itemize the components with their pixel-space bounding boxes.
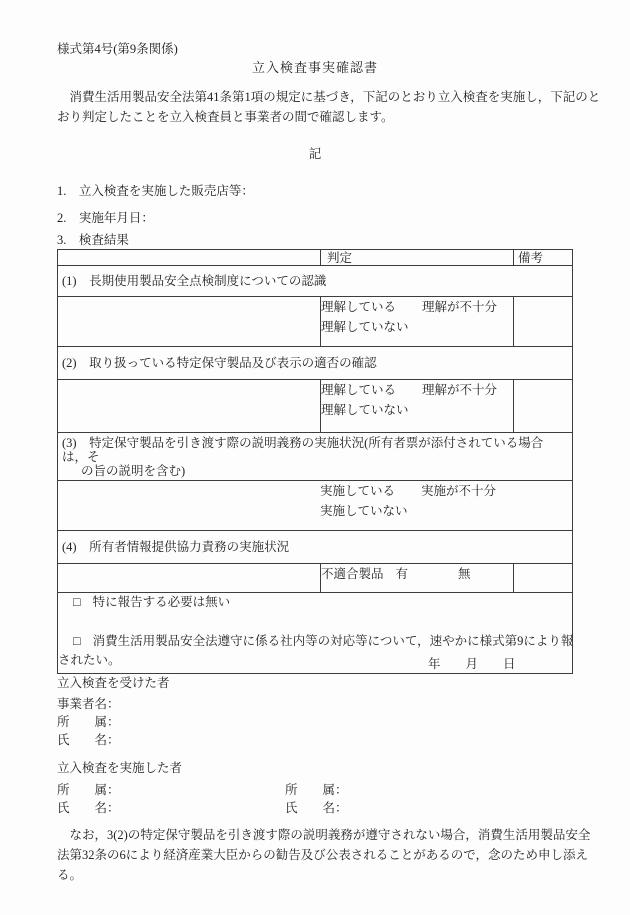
intro-paragraph: 消費生活用製品安全法第41条第1項の規定に基づき，下記のとおり立入検査を実施し，… bbox=[57, 87, 600, 127]
option-understood[interactable]: 理解している bbox=[321, 383, 396, 397]
judgment-column-header: 判定 bbox=[321, 250, 514, 266]
row4-remarks-cell bbox=[514, 564, 573, 593]
row1-remarks-cell bbox=[514, 297, 573, 347]
inspector-right-affiliation-label: 所 属： bbox=[285, 780, 348, 798]
page-title: 立入検査事実確認書 bbox=[0, 57, 630, 76]
checkbox-report-required-icon[interactable]: □ bbox=[73, 632, 81, 651]
option-implemented[interactable]: 実施している bbox=[320, 484, 395, 498]
row2-remarks-cell bbox=[514, 380, 573, 433]
note-line-2: 法第32条の6により経済産業大臣からの勧告及び公表されることがあるので，念のため… bbox=[57, 845, 590, 865]
option-nonconforming-no[interactable]: 無 bbox=[458, 567, 471, 581]
row3-title-line-1: (3) 特定保守製品を引き渡す際の説明義務の実施状況(所有者票が添付されている場… bbox=[62, 436, 568, 464]
header-empty-cell bbox=[58, 250, 321, 266]
inspector-left-affiliation-label: 所 属： bbox=[57, 780, 120, 798]
row2-title: (2) 取り扱っている特定保守製品及び表示の適否の確認 bbox=[58, 347, 573, 380]
table-row: (3) 特定保守製品を引き渡す際の説明義務の実施状況(所有者票が添付されている場… bbox=[58, 433, 573, 481]
row4-judgment-cell: 不適合製品有無 bbox=[321, 564, 514, 593]
remarks-column-header: 備考 bbox=[514, 250, 573, 266]
inspected-affiliation-label: 所 属： bbox=[57, 712, 120, 730]
table-row: 不適合製品有無 bbox=[58, 564, 573, 593]
checkbox-report-required-label-line-1: 消費生活用製品安全法遵守に係る社内等の対応等について，速やかに様式第9により報告 bbox=[93, 634, 573, 648]
business-name-label: 事業者名： bbox=[57, 694, 120, 712]
table-row: (4) 所有者情報提供協力責務の実施状況 bbox=[58, 531, 573, 564]
inspected-name-label: 氏 名： bbox=[57, 730, 120, 748]
row2-item-cell bbox=[58, 380, 321, 433]
note-line-1: なお，3(2)の特定保守製品を引き渡す際の説明義務が遵守されない場合，消費生活用… bbox=[57, 825, 590, 845]
intro-line-1: 消費生活用製品安全法第41条第1項の規定に基づき，下記のとおり立入検査を実施し，… bbox=[57, 87, 600, 107]
date-line: 年 月 日 bbox=[428, 654, 516, 672]
inspector-right-name-label: 氏 名： bbox=[285, 798, 348, 816]
row4-title: (4) 所有者情報提供協力責務の実施状況 bbox=[58, 531, 573, 564]
row3-judgment-cell: 実施している実施が不十分 実施していない bbox=[58, 481, 573, 531]
inspector-left-name-label: 氏 名： bbox=[57, 798, 120, 816]
intro-line-2: おり判定したことを立入検査員と事業者の間で確認します。 bbox=[57, 107, 600, 127]
section-marker: 記 bbox=[0, 144, 630, 162]
option-not-understood[interactable]: 理解していない bbox=[321, 403, 409, 417]
option-understood[interactable]: 理解している bbox=[321, 300, 396, 314]
row1-judgment-cell: 理解している理解が不十分 理解していない bbox=[321, 297, 514, 347]
table-row: 理解している理解が不十分 理解していない bbox=[58, 380, 573, 433]
row1-title: (1) 長期使用製品安全点検制度についての認識 bbox=[58, 266, 573, 297]
row2-judgment-cell: 理解している理解が不十分 理解していない bbox=[321, 380, 514, 433]
row1-item-cell bbox=[58, 297, 321, 347]
inspector-heading: 立入検査を実施した者 bbox=[57, 758, 182, 776]
row3-title: (3) 特定保守製品を引き渡す際の説明義務の実施状況(所有者票が添付されている場… bbox=[58, 433, 573, 481]
document-page: 様式第4号(第9条関係) 立入検査事実確認書 消費生活用製品安全法第41条第1項… bbox=[0, 0, 630, 915]
table-row: 理解している理解が不十分 理解していない bbox=[58, 297, 573, 347]
results-table: 判定 備考 (1) 長期使用製品安全点検制度についての認識 理解している理解が不… bbox=[57, 249, 573, 674]
option-not-understood[interactable]: 理解していない bbox=[321, 320, 409, 334]
table-row: (2) 取り扱っている特定保守製品及び表示の適否の確認 bbox=[58, 347, 573, 380]
table-header-row: 判定 備考 bbox=[58, 250, 573, 266]
note-paragraph: なお，3(2)の特定保守製品を引き渡す際の説明義務が遵守されない場合，消費生活用… bbox=[57, 825, 590, 885]
nonconforming-products-label: 不適合製品 bbox=[321, 567, 384, 581]
option-not-implemented[interactable]: 実施していない bbox=[320, 504, 408, 518]
item-inspected-store: 1. 立入検査を実施した販売店等： bbox=[57, 181, 254, 199]
option-implementation-insufficient[interactable]: 実施が不十分 bbox=[421, 484, 496, 498]
row3-title-line-2: の旨の説明を含む) bbox=[62, 464, 568, 478]
checkbox-no-report-label: 特に報告する必要は無い bbox=[93, 595, 231, 609]
inspected-party-heading: 立入検査を受けた者 bbox=[57, 673, 170, 691]
table-row: (1) 長期使用製品安全点検制度についての認識 bbox=[58, 266, 573, 297]
item-inspection-date: 2. 実施年月日： bbox=[57, 208, 154, 226]
table-row: 実施している実施が不十分 実施していない bbox=[58, 481, 573, 531]
checkbox-no-report-icon[interactable]: □ bbox=[73, 593, 81, 612]
option-understanding-insufficient[interactable]: 理解が不十分 bbox=[422, 300, 497, 314]
option-understanding-insufficient[interactable]: 理解が不十分 bbox=[422, 383, 497, 397]
option-nonconforming-yes[interactable]: 有 bbox=[396, 567, 409, 581]
row4-item-cell bbox=[58, 564, 321, 593]
form-number: 様式第4号(第9条関係) bbox=[57, 39, 178, 57]
item-inspection-results: 3. 検査結果 bbox=[57, 230, 129, 248]
note-line-3: る。 bbox=[57, 865, 590, 885]
